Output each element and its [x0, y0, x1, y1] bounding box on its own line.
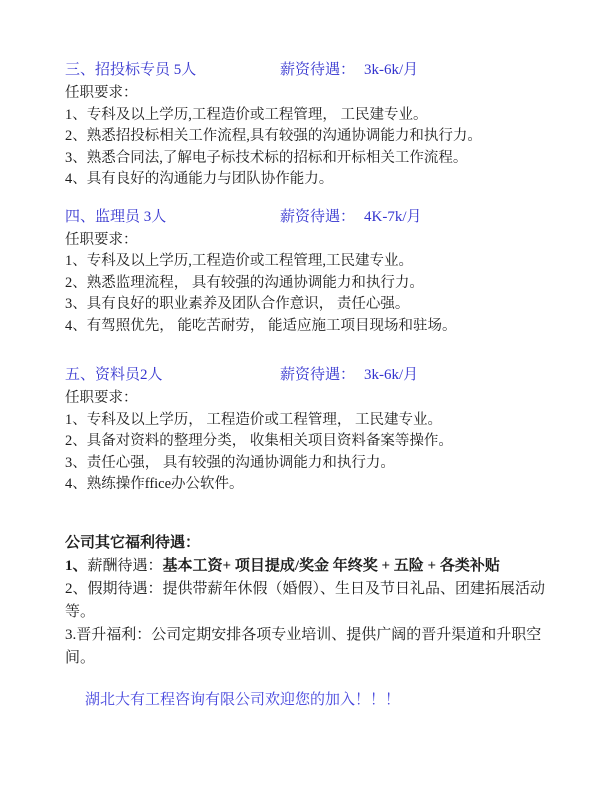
requirement-line: 4、有驾照优先， 能吃苦耐劳， 能适应施工项目现场和驻场。 [65, 316, 570, 338]
salary-label: 薪资待遇： [280, 367, 355, 383]
benefit-item-label: 薪酬待遇： [88, 558, 163, 574]
salary: 薪资待遇：3k-6k/月 [280, 365, 418, 386]
benefits-header: 公司其它福利待遇： [65, 532, 570, 555]
requirements-header: 任职要求： [65, 83, 570, 105]
benefit-item-number: 1、 [65, 558, 88, 574]
job-section-bidding-specialist: 三、招投标专员 5人 薪资待遇：3k-6k/月 任职要求： 1、专科及以上学历,… [65, 60, 570, 191]
benefit-item-salary: 1、薪酬待遇：基本工资+ 项目提成/奖金 年终奖 + 五险 + 各类补贴 [65, 555, 570, 578]
benefit-item-promotion: 3.晋升福利：公司定期安排各项专业培训、提供广阔的晋升渠道和升职空间。 [65, 624, 570, 670]
requirement-line: 4、熟练操作ffice办公软件。 [65, 474, 570, 496]
requirement-line: 1、专科及以上学历,工程造价或工程管理,工民建专业。 [65, 251, 570, 273]
job-section-document-clerk: 五、资料员2人 薪资待遇：3k-6k/月 任职要求： 1、专科及以上学历， 工程… [65, 365, 570, 496]
document-page: 三、招投标专员 5人 薪资待遇：3k-6k/月 任职要求： 1、专科及以上学历,… [0, 0, 600, 801]
welcome-line: 湖北大有工程咨询有限公司欢迎您的加入！！！ [65, 690, 570, 711]
requirements-header: 任职要求： [65, 388, 570, 410]
job-heading-row: 五、资料员2人 薪资待遇：3k-6k/月 [65, 365, 570, 386]
benefit-item-detail: 基本工资+ 项目提成/奖金 年终奖 + 五险 + 各类补贴 [163, 558, 500, 574]
salary-label: 薪资待遇： [280, 62, 355, 78]
requirement-line: 3、责任心强， 具有较强的沟通协调能力和执行力。 [65, 453, 570, 475]
job-title: 三、招投标专员 5人 [65, 60, 280, 81]
requirement-line: 2、熟悉招投标相关工作流程,具有较强的沟通协调能力和执行力。 [65, 126, 570, 148]
requirement-line: 4、具有良好的沟通能力与团队协作能力。 [65, 169, 570, 191]
salary-label: 薪资待遇： [280, 209, 355, 225]
requirement-line: 3、熟悉合同法,了解电子标技术标的招标和开标相关工作流程。 [65, 148, 570, 170]
requirement-line: 1、专科及以上学历， 工程造价或工程管理， 工民建专业。 [65, 410, 570, 432]
requirement-line: 3、具有良好的职业素养及团队合作意识， 责任心强。 [65, 294, 570, 316]
job-heading-row: 四、监理员 3人 薪资待遇：4K-7k/月 [65, 207, 570, 228]
requirement-line: 2、具备对资料的整理分类， 收集相关项目资料备案等操作。 [65, 431, 570, 453]
benefit-item-holiday: 2、假期待遇：提供带薪年休假（婚假）、生日及节日礼品、团建拓展活动等。 [65, 578, 570, 624]
salary-value: 3k-6k/月 [364, 367, 418, 383]
salary-value: 3k-6k/月 [364, 62, 418, 78]
job-title: 五、资料员2人 [65, 365, 280, 386]
job-heading-row: 三、招投标专员 5人 薪资待遇：3k-6k/月 [65, 60, 570, 81]
requirements-header: 任职要求： [65, 230, 570, 252]
job-title: 四、监理员 3人 [65, 207, 280, 228]
benefits-section: 公司其它福利待遇： 1、薪酬待遇：基本工资+ 项目提成/奖金 年终奖 + 五险 … [65, 532, 570, 670]
salary: 薪资待遇：3k-6k/月 [280, 60, 418, 81]
job-section-supervisor: 四、监理员 3人 薪资待遇：4K-7k/月 任职要求： 1、专科及以上学历,工程… [65, 207, 570, 338]
requirement-line: 2、熟悉监理流程， 具有较强的沟通协调能力和执行力。 [65, 273, 570, 295]
salary-value: 4K-7k/月 [364, 209, 422, 225]
requirement-line: 1、专科及以上学历,工程造价或工程管理， 工民建专业。 [65, 105, 570, 127]
salary: 薪资待遇：4K-7k/月 [280, 207, 422, 228]
